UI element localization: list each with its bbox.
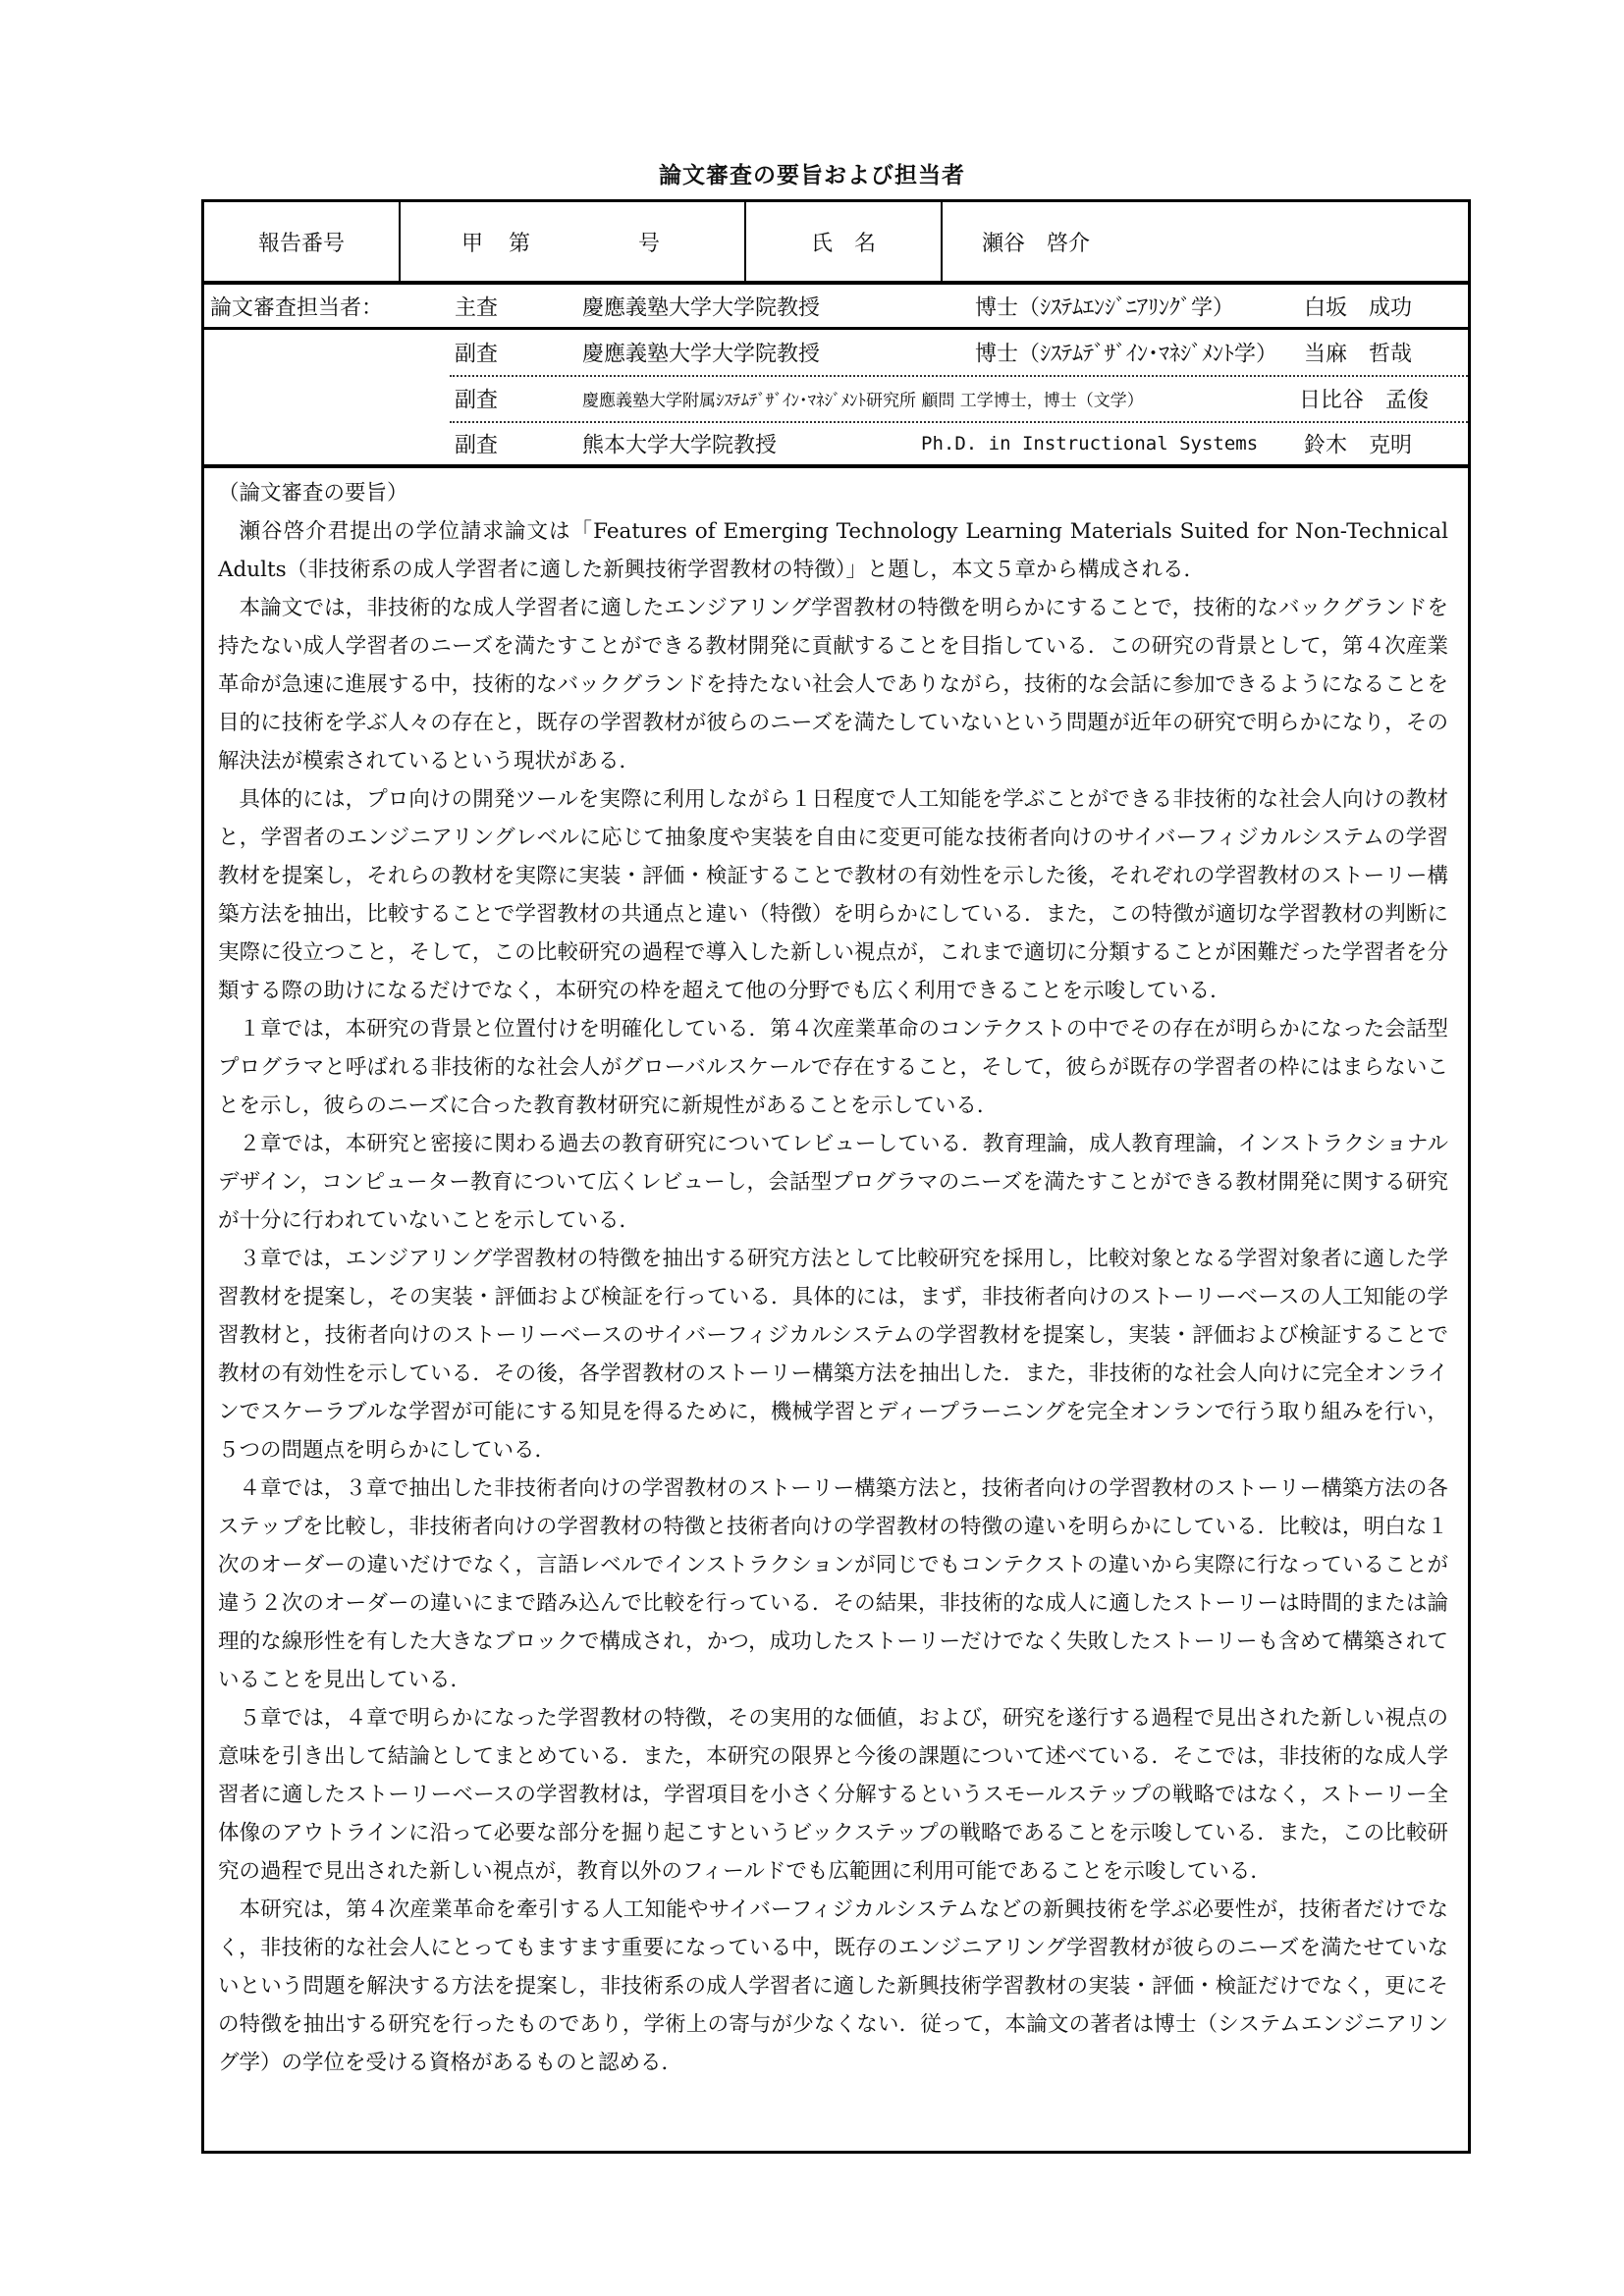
reviewer-affiliation: 慶應義塾大学附属ｼｽﾃﾑﾃﾞｻﾞｲﾝ･ﾏﾈｼﾞﾒﾝﾄ研究所 顧問 工学博士，博士… — [582, 387, 1144, 411]
name-label-cell: 氏 名 — [746, 202, 943, 281]
reviewer-degree: 博士（ｼｽﾃﾑﾃﾞｻﾞｲﾝ･ﾏﾈｼﾞﾒﾝﾄ学） — [975, 338, 1277, 368]
report-number-prefix: 甲 — [461, 227, 483, 257]
summary-paragraph: 本研究は，第４次産業革命を牽引する人工知能やサイバーフィジカルシステムなどの新興… — [218, 1891, 1448, 2082]
name-value: 瀬谷 啓介 — [982, 227, 1090, 257]
header-row: 報告番号 甲 第 号 氏 名 瀬谷 啓介 — [204, 202, 1468, 285]
main-reviewer-row: 論文審査担当者： 主査 慶應義塾大学大学院教授 博士（ｼｽﾃﾑｴﾝｼﾞﾆｱﾘﾝｸ… — [204, 285, 1468, 330]
reviewer-affiliation: 熊本大学大学院教授 — [582, 429, 777, 459]
reviewers-section-label: 論文審査担当者： — [210, 291, 383, 321]
sub-reviewer-row: 副査 慶應義塾大学附属ｼｽﾃﾑﾃﾞｻﾞｲﾝ･ﾏﾈｼﾞﾒﾝﾄ研究所 顧問 工学博士… — [204, 376, 1468, 421]
summary-paragraph: 瀬谷啓介君提出の学位請求論文は「Features of Emerging Tec… — [218, 512, 1448, 589]
name-value-cell: 瀬谷 啓介 — [943, 202, 1468, 281]
reviewer-degree: 博士（ｼｽﾃﾑｴﾝｼﾞﾆｱﾘﾝｸﾞ学） — [975, 291, 1234, 321]
page-title: 論文審査の要旨および担当者 — [0, 157, 1624, 189]
report-number-dai: 第 — [509, 227, 530, 257]
reviewer-role: 主査 — [455, 291, 498, 321]
summary-paragraph: ５章では，４章で明らかになった学習教材の特徴，その実用的な価値，および，研究を遂… — [218, 1699, 1448, 1891]
summary-paragraph: １章では，本研究の背景と位置付けを明確化している．第４次産業革命のコンテクストの… — [218, 1010, 1448, 1125]
summary-paragraph: ４章では，３章で抽出した非技術者向けの学習教材のストーリー構築方法と，技術者向け… — [218, 1469, 1448, 1699]
reviewer-role: 副査 — [455, 429, 498, 459]
report-number-go: 号 — [638, 227, 660, 257]
summary-heading: （論文審査の要旨） — [218, 474, 1448, 512]
sub-reviewers-block: 副査 慶應義塾大学大学院教授 博士（ｼｽﾃﾑﾃﾞｻﾞｲﾝ･ﾏﾈｼﾞﾒﾝﾄ学） 当… — [204, 330, 1468, 468]
reviewer-name: 当麻 哲哉 — [1304, 338, 1412, 368]
reviewer-affiliation: 慶應義塾大学大学院教授 — [582, 291, 820, 321]
report-number-label: 報告番号 — [258, 227, 345, 257]
sub-reviewer-row: 副査 熊本大学大学院教授 Ph.D. in Instructional Syst… — [204, 422, 1468, 465]
summary-paragraph: 具体的には，プロ向けの開発ツールを実際に利用しながら１日程度で人工知能を学ぶこと… — [218, 780, 1448, 1010]
summary-paragraph: 本論文では，非技術的な成人学習者に適したエンジアリング学習教材の特徴を明らかにす… — [218, 589, 1448, 780]
summary-paragraph: ２章では，本研究と密接に関わる過去の教育研究についてレビューしている．教育理論，… — [218, 1125, 1448, 1240]
name-label: 氏 名 — [811, 227, 876, 257]
review-summary: （論文審査の要旨） 瀬谷啓介君提出の学位請求論文は「Features of Em… — [204, 468, 1468, 2082]
reviewer-role: 副査 — [455, 338, 498, 368]
sub-reviewer-row: 副査 慶應義塾大学大学院教授 博士（ｼｽﾃﾑﾃﾞｻﾞｲﾝ･ﾏﾈｼﾞﾒﾝﾄ学） 当… — [204, 330, 1468, 375]
reviewer-role: 副査 — [455, 384, 498, 414]
report-number-label-cell: 報告番号 — [204, 202, 401, 281]
reviewer-name: 白坂 成功 — [1304, 291, 1412, 321]
summary-paragraph: ３章では，エンジアリング学習教材の特徴を抽出する研究方法として比較研究を採用し，… — [218, 1240, 1448, 1469]
report-number-value-cell: 甲 第 号 — [401, 202, 746, 281]
reviewer-degree: Ph.D. in Instructional Systems — [921, 433, 1258, 454]
reviewer-affiliation: 慶應義塾大学大学院教授 — [582, 338, 820, 368]
review-form-table: 報告番号 甲 第 号 氏 名 瀬谷 啓介 論文審査担当者： 主査 慶應義塾大学大… — [201, 199, 1471, 2154]
reviewer-name: 鈴木 克明 — [1304, 429, 1412, 459]
reviewer-name: 日比谷 孟俊 — [1299, 384, 1429, 414]
